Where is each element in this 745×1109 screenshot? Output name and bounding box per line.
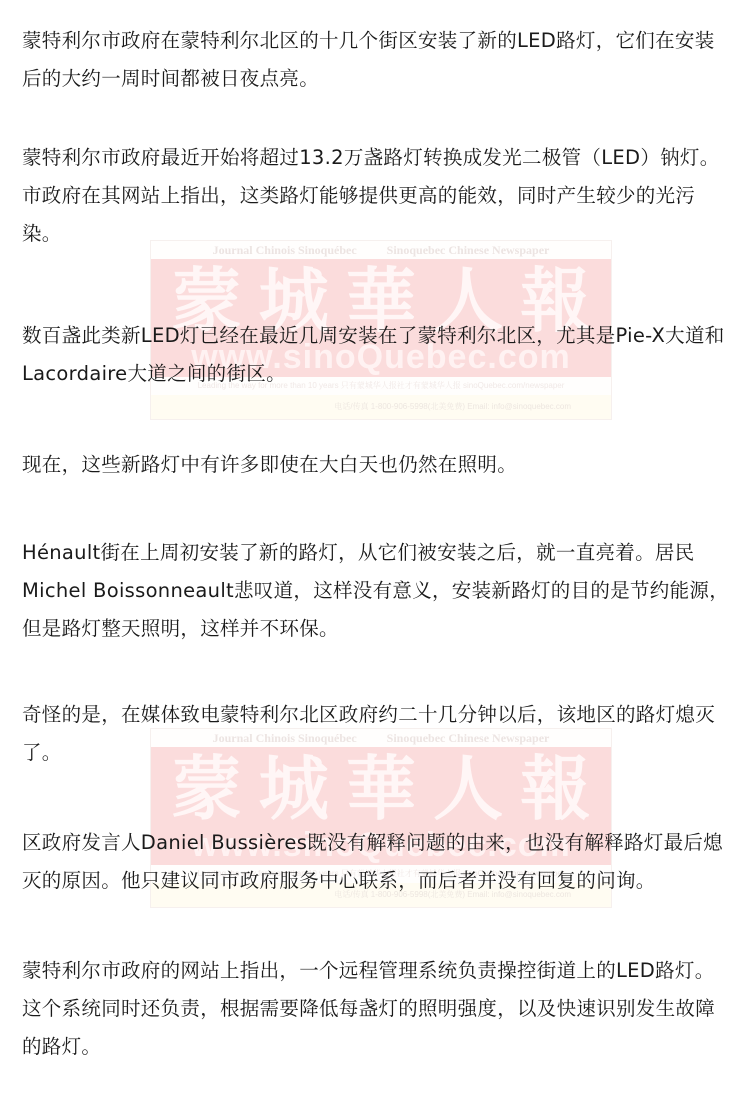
paragraph-1: 蒙特利尔市政府在蒙特利尔北区的十几个街区安装了新的LED路灯，它们在安装后的大约… [22,22,734,98]
paragraph-2: 蒙特利尔市政府最近开始将超过13.2万盏路灯转换成发光二极管（LED）钠灯。市政… [22,139,734,253]
paragraph-6: 奇怪的是，在媒体致电蒙特利尔北区政府约二十几分钟以后，该地区的路灯熄灭了。 [22,696,734,772]
paragraph-3: 数百盏此类新LED灯已经在最近几周安装在了蒙特利尔北区，尤其是Pie-X大道和L… [22,317,734,393]
watermark-contact: 电话/传真 1-800-906-5998(北美免费) Email: info@s… [151,395,611,419]
paragraph-5: Hénault街在上周初安装了新的路灯，从它们被安装之后，就一直亮着。居民Mic… [22,534,734,648]
paragraph-7: 区政府发言人Daniel Bussières既没有解释问题的由来，也没有解释路灯… [22,824,734,900]
paragraph-8: 蒙特利尔市政府的网站上指出，一个远程管理系统负责操控街道上的LED路灯。这个系统… [22,952,734,1066]
paragraph-4: 现在，这些新路灯中有许多即使在大白天也仍然在照明。 [22,446,734,484]
